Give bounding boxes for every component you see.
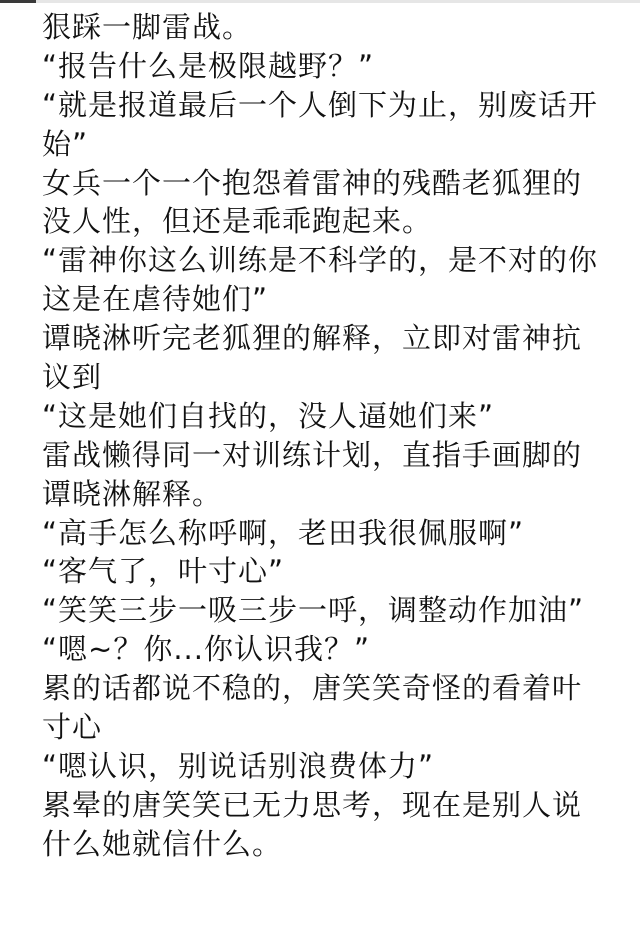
text-line: 狠踩一脚雷战。 — [42, 8, 622, 47]
top-tab-indicator — [0, 0, 36, 3]
text-line: “这是她们自找的，没人逼她们来” — [42, 397, 622, 436]
text-line: “报告什么是极限越野？” — [42, 47, 622, 86]
text-line: “就是报道最后一个人倒下为止，别废话开 — [42, 86, 622, 125]
text-line: “笑笑三步一吸三步一呼，调整动作加油” — [42, 591, 622, 630]
text-line: “高手怎么称呼啊，老田我很佩服啊” — [42, 514, 622, 553]
text-line: “客气了，叶寸心” — [42, 552, 622, 591]
text-line: 没人性，但还是乖乖跑起来。 — [42, 202, 622, 241]
text-line: 累晕的唐笑笑已无力思考，现在是别人说 — [42, 786, 622, 825]
text-line: 谭晓淋解释。 — [42, 475, 622, 514]
text-line: 什么她就信什么。 — [42, 825, 622, 864]
text-line: “雷神你这么训练是不科学的，是不对的你 — [42, 241, 622, 280]
top-divider — [0, 0, 640, 3]
article-body: 狠踩一脚雷战。 “报告什么是极限越野？” “就是报道最后一个人倒下为止，别废话开… — [42, 8, 622, 864]
text-line: 始” — [42, 125, 622, 164]
text-line: “嗯认识，别说话别浪费体力” — [42, 747, 622, 786]
text-line: 寸心 — [42, 708, 622, 747]
text-line: 这是在虐待她们” — [42, 280, 622, 319]
text-line: 雷战懒得同一对训练计划，直指手画脚的 — [42, 436, 622, 475]
text-line: 谭晓淋听完老狐狸的解释，立即对雷神抗 — [42, 319, 622, 358]
text-line: 女兵一个一个抱怨着雷神的残酷老狐狸的 — [42, 164, 622, 203]
text-line: “嗯~？你...你认识我？” — [42, 630, 622, 669]
text-line: 累的话都说不稳的，唐笑笑奇怪的看着叶 — [42, 669, 622, 708]
text-line: 议到 — [42, 358, 622, 397]
